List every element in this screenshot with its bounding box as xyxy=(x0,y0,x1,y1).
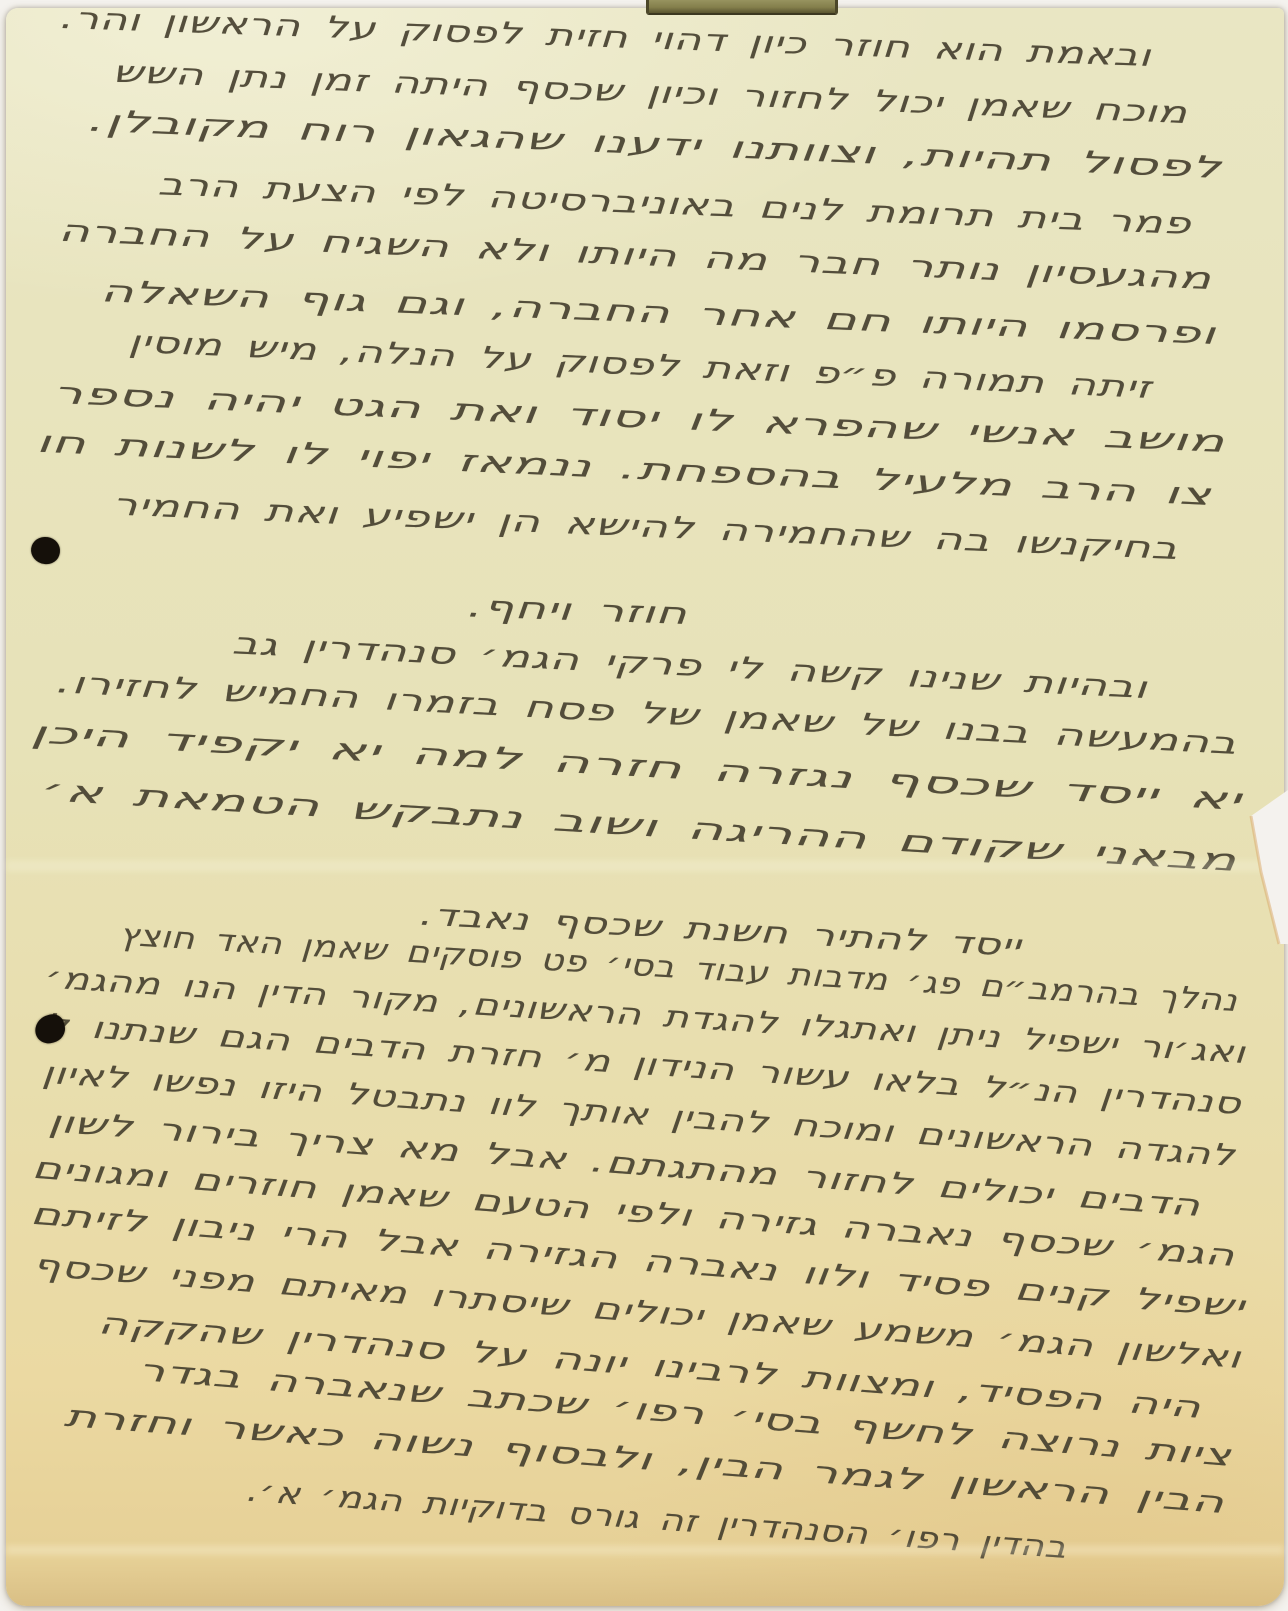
manuscript-lines: ובאמת הוא חוזר כיון דהוי חזית לפסוק על ה… xyxy=(0,0,1288,1611)
paper-clip-bar xyxy=(646,0,838,15)
scan-background: { "document": { "description": "Handwrit… xyxy=(0,0,1288,1611)
manuscript-line: חוזר ויחף. xyxy=(467,590,688,632)
